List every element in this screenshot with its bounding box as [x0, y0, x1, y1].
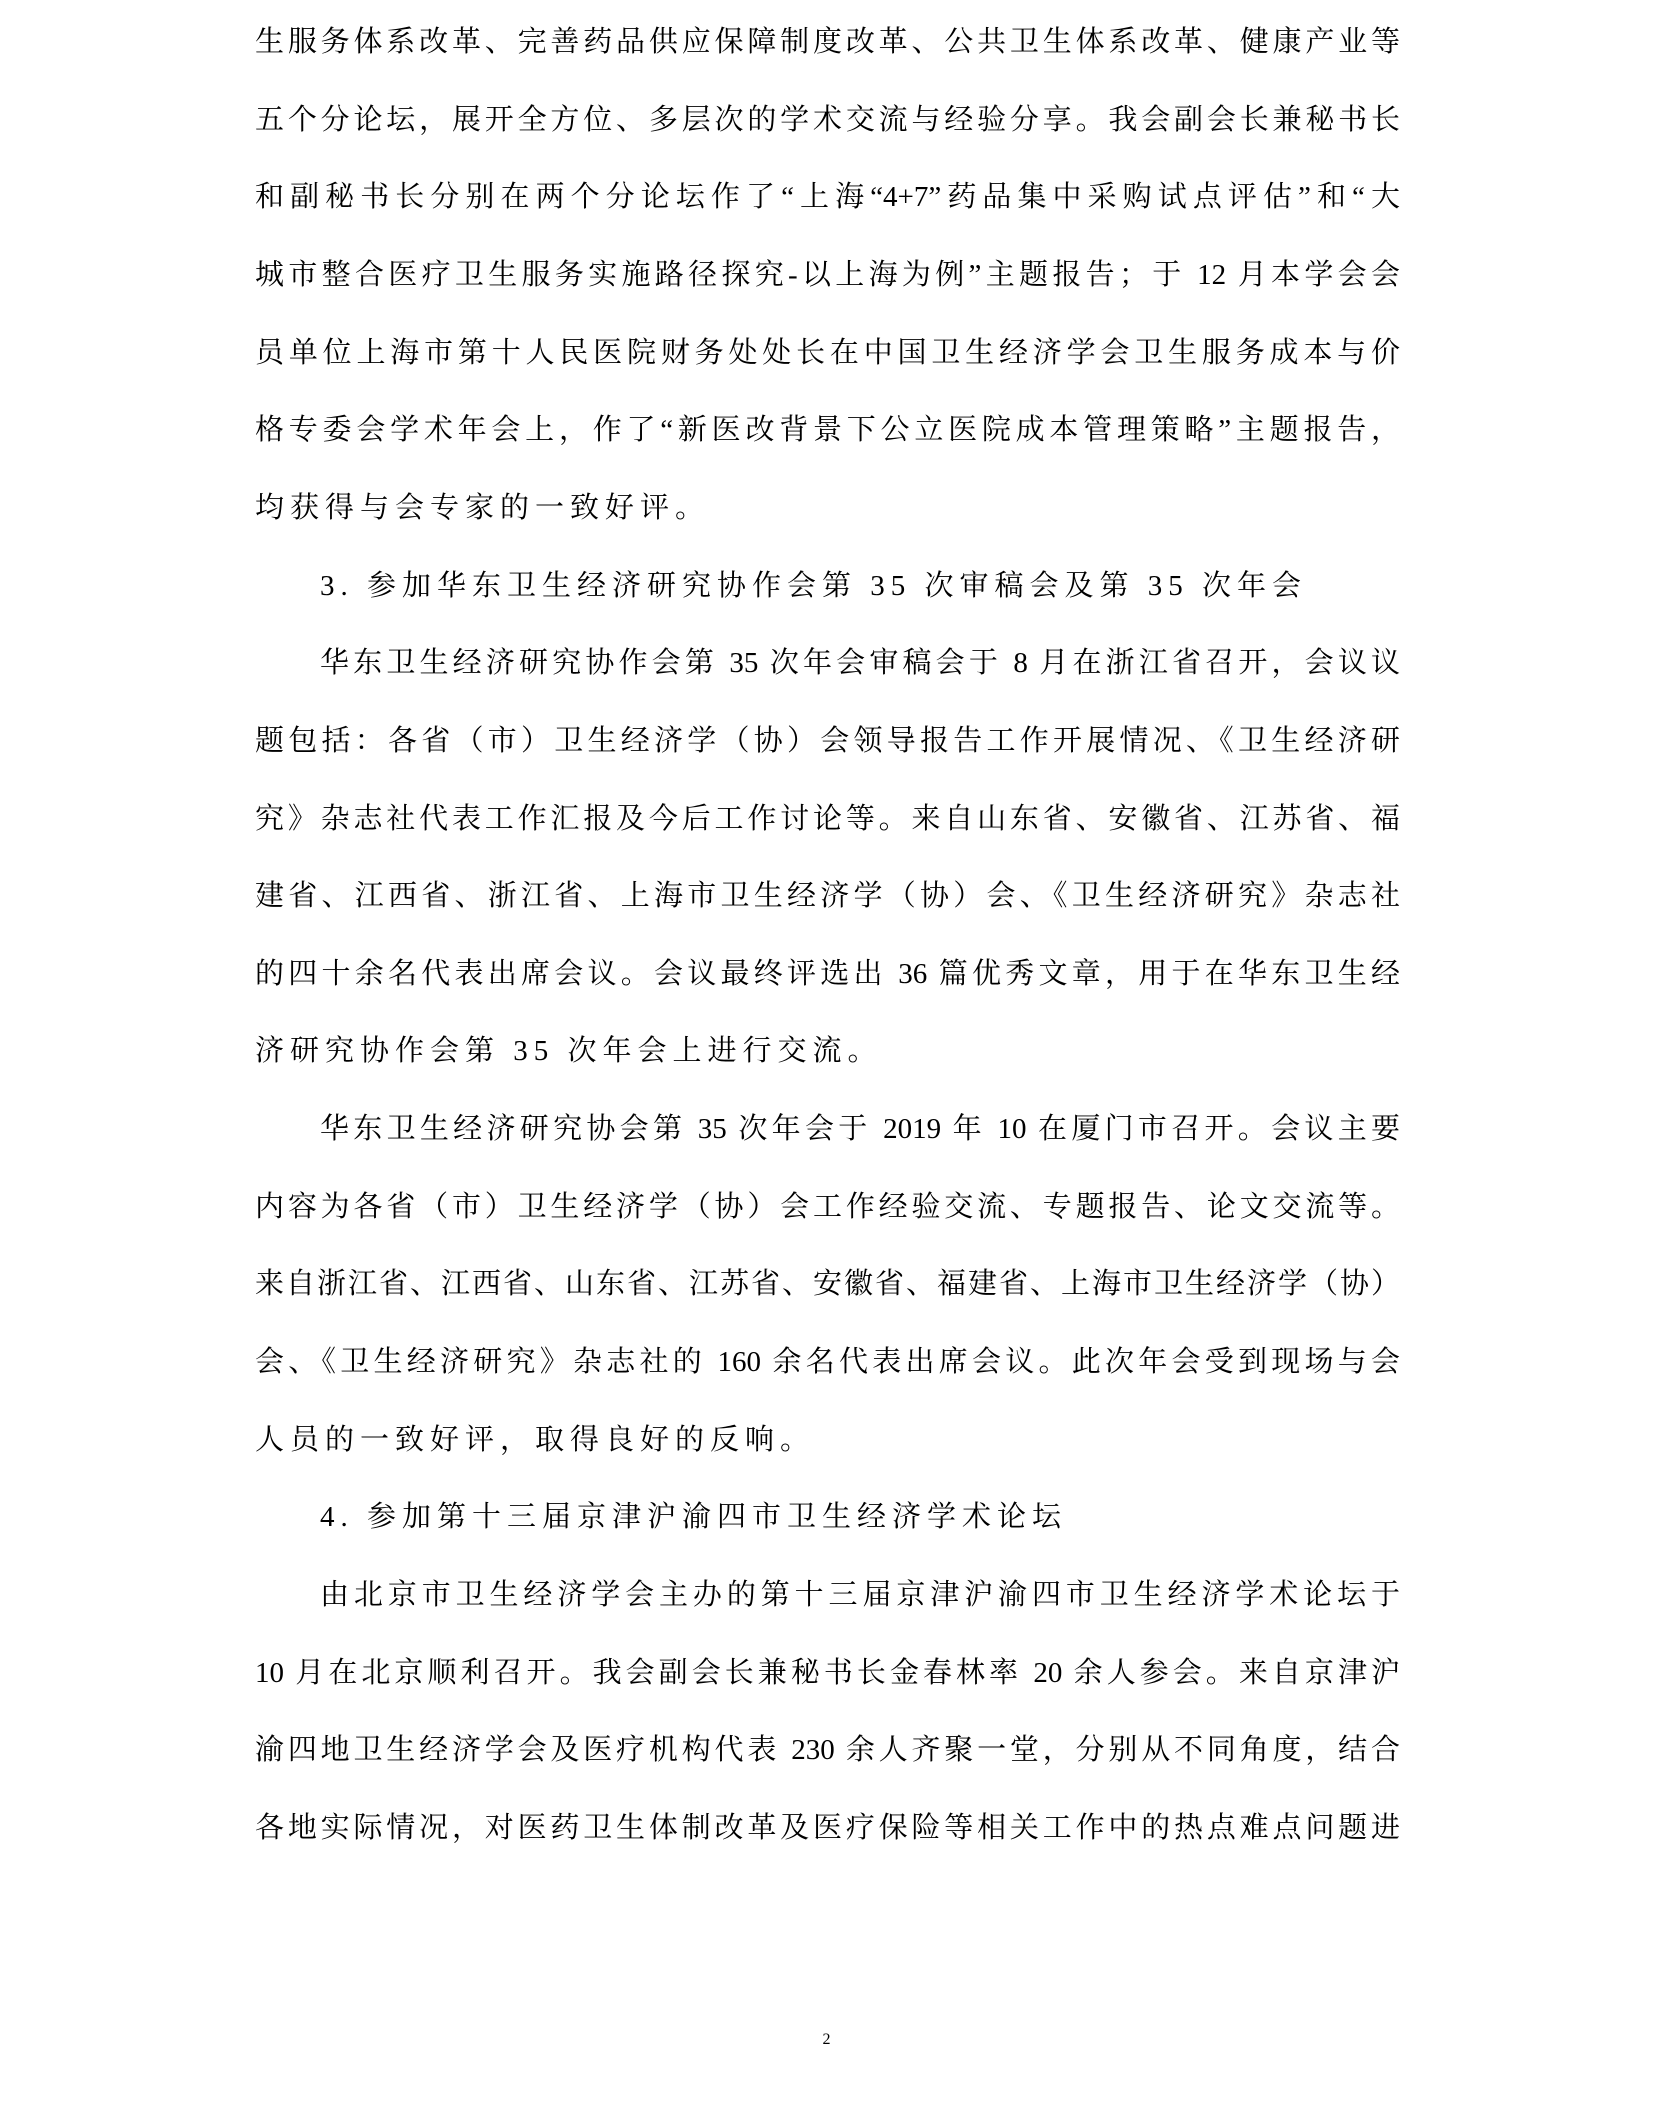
- document-page: 生服务体系改革、完善药品供应保障制度改革、公共卫生体系改革、健康产业等五个分论坛…: [0, 0, 1653, 2126]
- text-line: 来自浙江省、江西省、山东省、江苏省、安徽省、福建省、上海市卫生经济学（协）: [255, 1264, 1400, 1304]
- text-line: 10 月在北京顺利召开。我会副会长兼秘书长金春林率 20 余人参会。来自京津沪: [255, 1653, 1400, 1693]
- text-line: 均获得与会专家的一致好评。: [255, 488, 1400, 528]
- section-heading: 3. 参加华东卫生经济研究协作会第 35 次审稿会及第 35 次年会: [320, 566, 1400, 606]
- text-line: 格专委会学术年会上，作了“新医改背景下公立医院成本管理策略”主题报告，: [255, 410, 1400, 450]
- section-heading: 4. 参加第十三届京津沪渝四市卫生经济学术论坛: [320, 1497, 1400, 1537]
- text-line: 和副秘书长分别在两个分论坛作了“上海“4+7”药品集中采购试点评估”和“大: [255, 177, 1400, 217]
- text-line: 建省、江西省、浙江省、上海市卫生经济学（协）会、《卫生经济研究》杂志社: [255, 876, 1400, 916]
- text-line: 员单位上海市第十人民医院财务处处长在中国卫生经济学会卫生服务成本与价: [255, 333, 1400, 373]
- text-line: 人员的一致好评，取得良好的反响。: [255, 1420, 1400, 1460]
- text-line: 的四十余名代表出席会议。会议最终评选出 36 篇优秀文章，用于在华东卫生经: [255, 954, 1400, 994]
- text-line: 城市整合医疗卫生服务实施路径探究-以上海为例”主题报告；于 12 月本学会会: [255, 255, 1400, 295]
- text-line: 济研究协作会第 35 次年会上进行交流。: [255, 1031, 1400, 1071]
- text-line: 内容为各省（市）卫生经济学（协）会工作经验交流、专题报告、论文交流等。: [255, 1187, 1400, 1227]
- text-line: 由北京市卫生经济学会主办的第十三届京津沪渝四市卫生经济学术论坛于: [320, 1575, 1400, 1615]
- text-line: 会、《卫生经济研究》杂志社的 160 余名代表出席会议。此次年会受到现场与会: [255, 1342, 1400, 1382]
- text-line: 各地实际情况，对医药卫生体制改革及医疗保险等相关工作中的热点难点问题进: [255, 1808, 1400, 1848]
- text-line: 题包括：各省（市）卫生经济学（协）会领导报告工作开展情况、《卫生经济研: [255, 721, 1400, 761]
- text-line: 华东卫生经济研究协会第 35 次年会于 2019 年 10 在厦门市召开。会议主…: [320, 1109, 1400, 1149]
- text-line: 五个分论坛，展开全方位、多层次的学术交流与经验分享。我会副会长兼秘书长: [255, 100, 1400, 140]
- text-line: 究》杂志社代表工作汇报及今后工作讨论等。来自山东省、安徽省、江苏省、福: [255, 799, 1400, 839]
- text-line: 渝四地卫生经济学会及医疗机构代表 230 余人齐聚一堂，分别从不同角度，结合: [255, 1730, 1400, 1770]
- page-number: 2: [0, 2028, 1653, 2052]
- text-line: 生服务体系改革、完善药品供应保障制度改革、公共卫生体系改革、健康产业等: [255, 22, 1400, 62]
- text-line: 华东卫生经济研究协作会第 35 次年会审稿会于 8 月在浙江省召开，会议议: [320, 643, 1400, 683]
